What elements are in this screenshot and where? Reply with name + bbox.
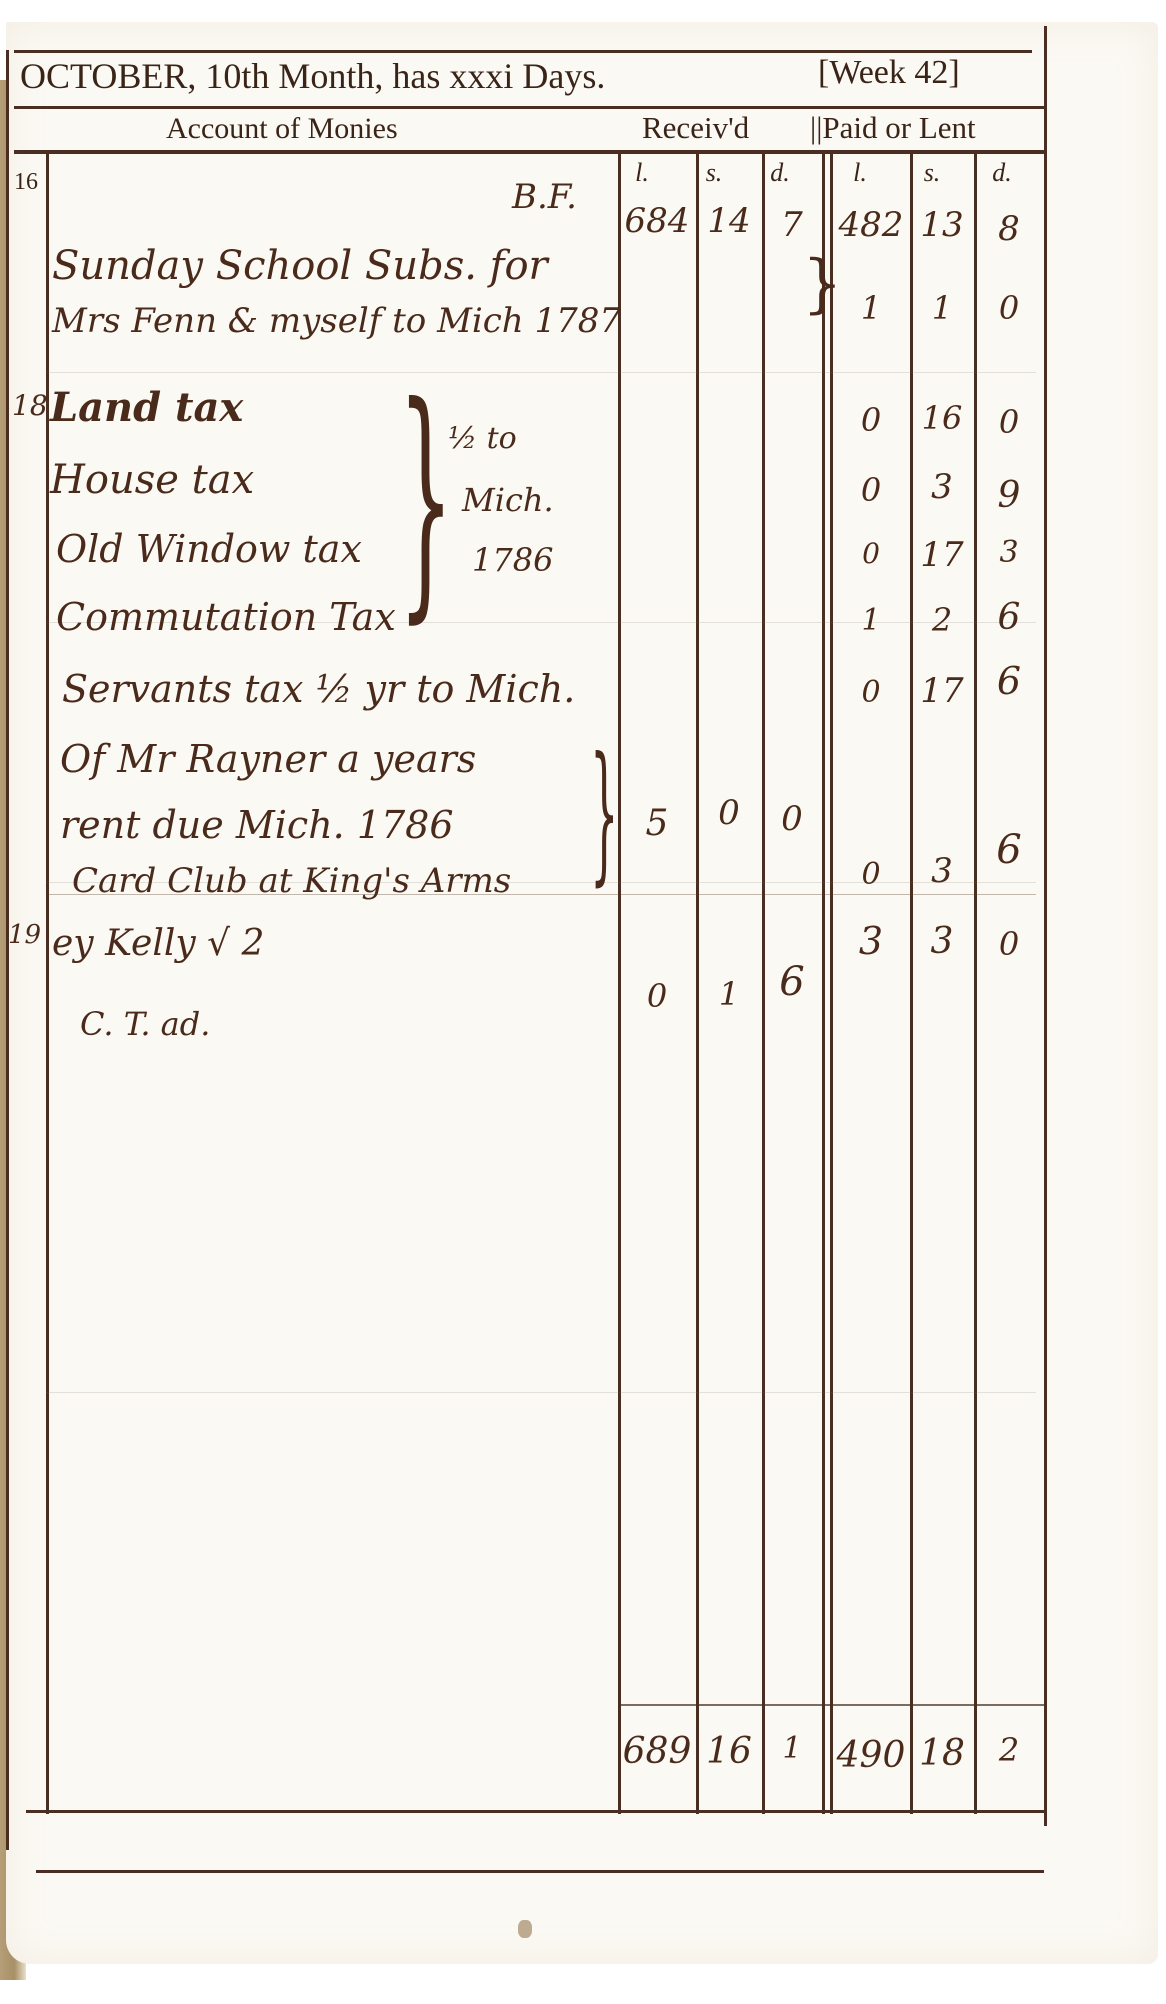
rayner-received-l: 5: [618, 806, 696, 842]
frame-left-rule: [6, 50, 9, 1850]
entry-rayner-line2: rent due Mich. 1786: [60, 806, 454, 844]
window-tax-paid-l: 0: [832, 540, 910, 568]
sunday-paid-d: 0: [974, 292, 1044, 324]
ct-received-d: 6: [762, 962, 822, 1002]
month-title: OCTOBER, 10th Month, has xxxi Days.: [20, 58, 605, 94]
tax-group-brace: }: [398, 374, 454, 624]
servants-paid-s: 17: [910, 674, 974, 708]
tax-note-mich: Mich.: [462, 484, 554, 516]
card-club-paid-d: 6: [974, 830, 1044, 870]
double-rule-a: [822, 154, 825, 1814]
frame-right-rule: [1044, 26, 1047, 1826]
month-title-text: OCTOBER, 10th Month, has xxxi Days.: [20, 56, 605, 96]
week-label-text: [Week 42]: [818, 54, 960, 91]
received-label: Receiv'd: [642, 112, 749, 143]
week-label: [Week 42]: [818, 56, 960, 90]
total-received-d: 1: [762, 1734, 822, 1764]
kelly-paid-l: 3: [832, 922, 910, 960]
tax-note-year: 1786: [472, 544, 553, 576]
house-tax-paid-d: 9: [974, 478, 1044, 514]
bleed-line: [46, 372, 1036, 373]
tax-note-half: ½ to: [448, 424, 517, 454]
rayner-received-d: 0: [762, 802, 822, 836]
ct-received-s: 1: [696, 978, 762, 1010]
account-label: Account of Monies: [166, 114, 398, 144]
received-label-text: Receiv'd: [642, 110, 749, 145]
sunday-paid-s: 1: [910, 292, 974, 324]
frame-bottom-rule: [36, 1870, 1044, 1873]
entry-old-window-tax: Old Window tax: [56, 530, 362, 568]
unit-received-s: s.: [682, 160, 746, 186]
entry-card-club: Card Club at King's Arms: [72, 864, 511, 898]
card-club-paid-s: 3: [910, 854, 974, 888]
unit-paid-l: l.: [822, 160, 898, 186]
bf-received-d: 7: [762, 208, 822, 242]
unit-received-d: d.: [750, 160, 810, 186]
entry-ct-ad: C. T. ad.: [80, 1008, 210, 1040]
commutation-tax-paid-s: 2: [910, 604, 974, 636]
total-paid-d: 2: [974, 1734, 1044, 1766]
table-bottom-rule: [26, 1810, 1044, 1813]
ct-received-l: 0: [618, 980, 696, 1012]
header-rule-2: [14, 150, 1044, 154]
entry-separator: [46, 894, 1036, 895]
frame-top-rule: [14, 50, 1032, 53]
paper-stain: [518, 1920, 532, 1938]
unit-received-l: l.: [606, 160, 678, 186]
paid-label: ||Paid or Lent: [810, 112, 976, 143]
ledger-page: OCTOBER, 10th Month, has xxxi Days. [Wee…: [6, 22, 1158, 1964]
entry-rayner-line1: Of Mr Rayner a years: [60, 740, 476, 778]
total-received-l: 689: [618, 1734, 696, 1770]
bf-received-s: 14: [696, 204, 762, 238]
land-tax-paid-s: 16: [910, 402, 974, 434]
land-tax-paid-d: 0: [974, 406, 1044, 438]
entry-commutation-tax: Commutation Tax: [56, 598, 396, 636]
house-tax-paid-l: 0: [832, 474, 910, 506]
house-tax-paid-s: 3: [910, 470, 974, 504]
servants-paid-l: 0: [832, 678, 910, 708]
total-received-s: 16: [696, 1734, 762, 1770]
entry-servants-tax: Servants tax ½ yr to Mich.: [62, 670, 575, 708]
total-paid-s: 18: [910, 1736, 974, 1772]
rayner-received-s: 0: [696, 796, 762, 830]
bf-received-l: 684: [618, 204, 696, 238]
date-16: 16: [14, 170, 38, 194]
commutation-tax-paid-l: 1: [832, 606, 910, 636]
paid-d-rule: [974, 154, 977, 1814]
bf-paid-d: 8: [974, 212, 1044, 246]
bleed-line: [46, 1392, 1036, 1393]
rayner-brace: }: [590, 738, 619, 888]
kelly-paid-s: 3: [910, 924, 974, 960]
entry-house-tax: House tax: [50, 460, 254, 500]
window-tax-paid-s: 17: [910, 538, 974, 572]
date-19: 19: [8, 922, 41, 948]
header-rule-1: [14, 106, 1044, 109]
entry-kelly: ey Kelly √ 2: [52, 926, 264, 962]
paid-label-text: ||Paid or Lent: [810, 110, 976, 145]
land-tax-paid-l: 0: [832, 404, 910, 436]
entry-sunday-school-line2: Mrs Fenn & myself to Mich 1787: [52, 304, 621, 338]
kelly-paid-d: 0: [974, 928, 1044, 960]
commutation-tax-paid-d: 6: [974, 600, 1044, 636]
date-18: 18: [12, 392, 48, 420]
double-rule-b: [830, 154, 833, 1814]
entry-land-tax: Land tax: [50, 388, 243, 428]
sunday-paid-l: 1: [832, 292, 910, 324]
servants-paid-d: 6: [974, 662, 1044, 700]
totals-top-rule: [618, 1704, 1044, 1706]
bf-paid-s: 13: [910, 208, 974, 242]
window-tax-paid-d: 3: [974, 538, 1044, 568]
total-paid-l: 490: [832, 1738, 910, 1774]
card-club-paid-l: 0: [832, 860, 910, 890]
entry-bf-label: B.F.: [512, 180, 577, 214]
account-label-text: Account of Monies: [166, 112, 398, 145]
bf-paid-l: 482: [832, 208, 910, 242]
entry-sunday-school-line1: Sunday School Subs. for: [52, 246, 548, 286]
